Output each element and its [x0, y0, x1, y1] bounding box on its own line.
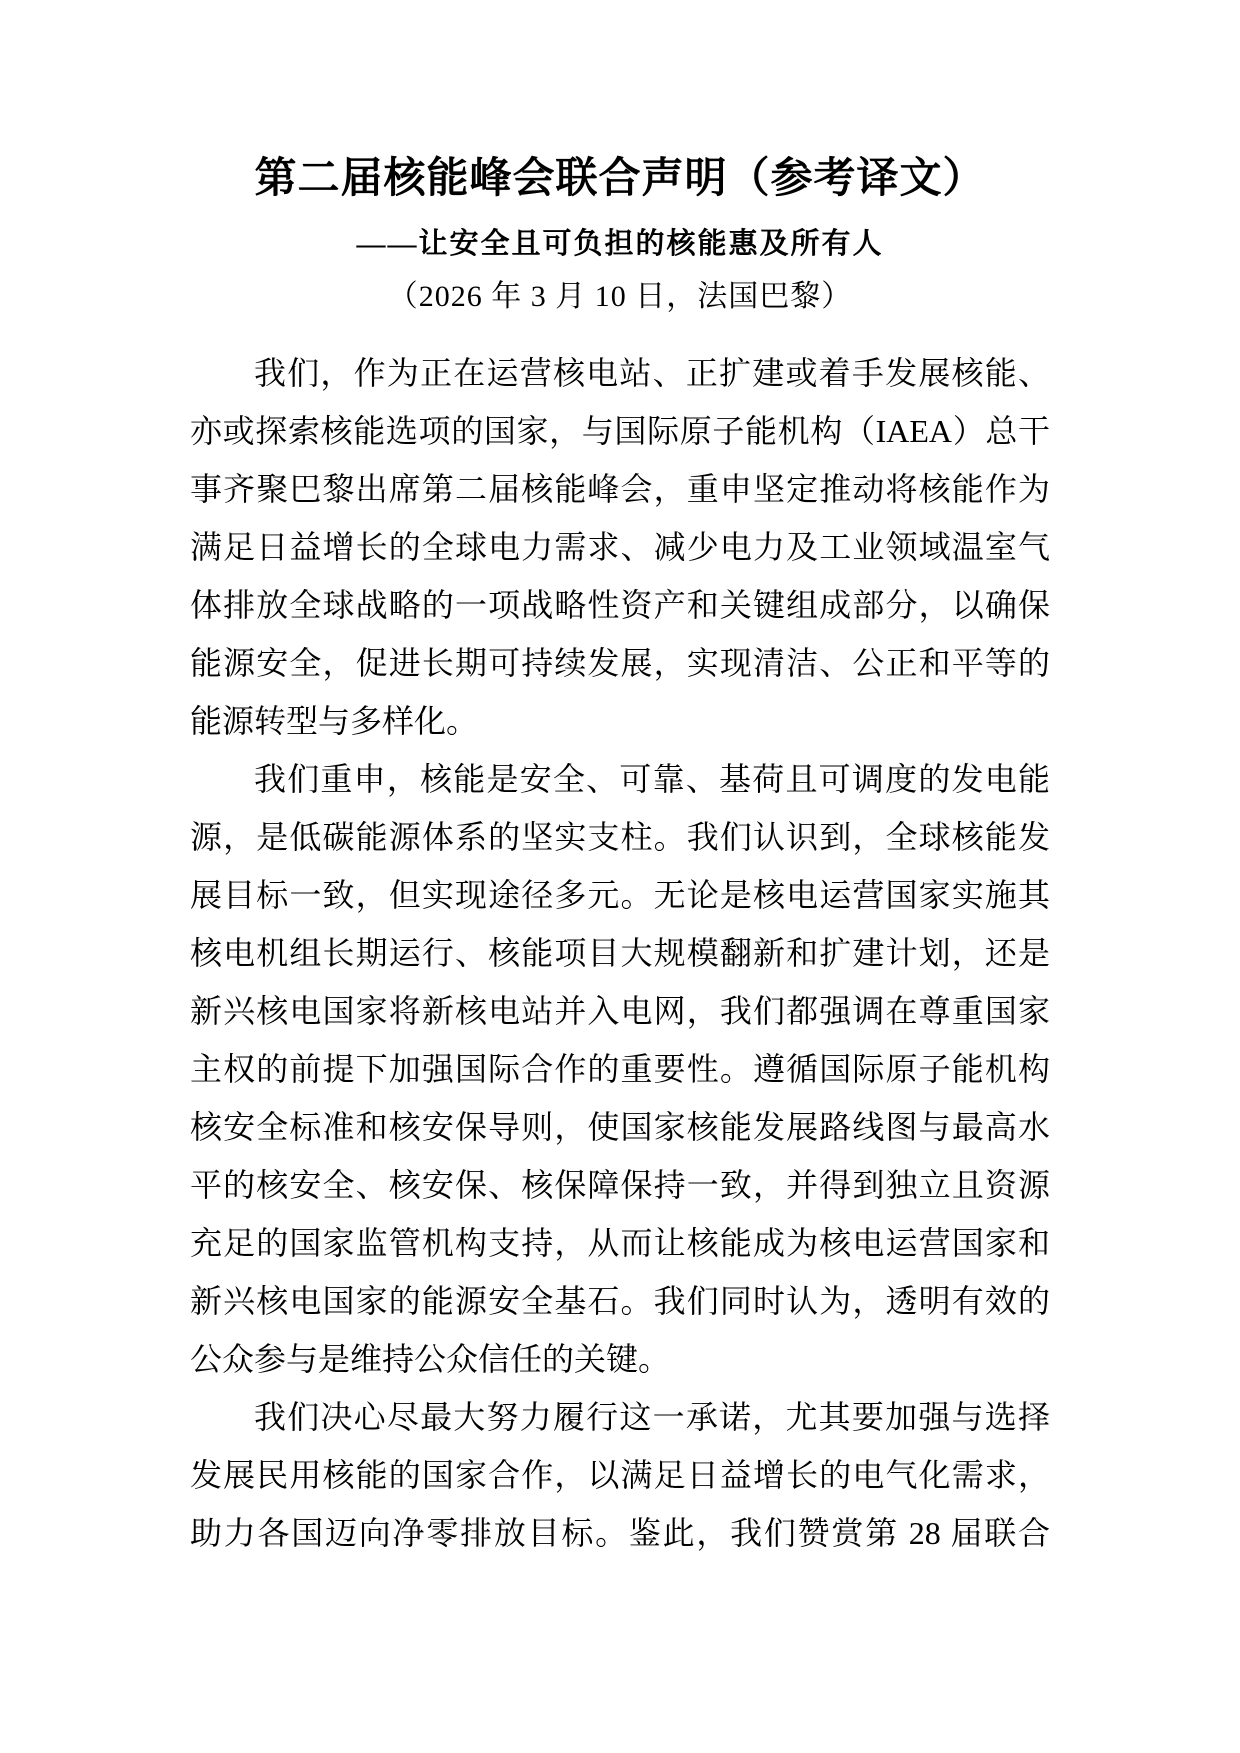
text-line: 充足的国家监管机构支持，从而让核能成为核电运营国家和: [190, 1214, 1050, 1272]
text-line: 亦或探索核能选项的国家，与国际原子能机构（IAEA）总干: [190, 402, 1050, 460]
text-line: 体排放全球战略的一项战略性资产和关键组成部分，以确保: [190, 576, 1050, 634]
text-line: 展目标一致，但实现途径多元。无论是核电运营国家实施其: [190, 866, 1050, 924]
text-line: 平的核安全、核安保、核保障保持一致，并得到独立且资源: [190, 1156, 1050, 1214]
document-content: 第二届核能峰会联合声明（参考译文） ——让安全且可负担的核能惠及所有人 （202…: [190, 0, 1050, 1562]
text-line: 核电机组长期运行、核能项目大规模翻新和扩建计划，还是: [190, 924, 1050, 982]
document-subtitle: ——让安全且可负担的核能惠及所有人: [190, 222, 1050, 266]
document-page: 第二届核能峰会联合声明（参考译文） ——让安全且可负担的核能惠及所有人 （202…: [0, 0, 1240, 1753]
text-line: 新兴核电国家将新核电站并入电网，我们都强调在尊重国家: [190, 982, 1050, 1040]
text-line: 核安全标准和核安保导则，使国家核能发展路线图与最高水: [190, 1098, 1050, 1156]
text-line: 能源安全，促进长期可持续发展，实现清洁、公正和平等的: [190, 634, 1050, 692]
text-line: 主权的前提下加强国际合作的重要性。遵循国际原子能机构: [190, 1040, 1050, 1098]
text-line: 源，是低碳能源体系的坚实支柱。我们认识到，全球核能发: [190, 808, 1050, 866]
paragraph: 我们重申，核能是安全、可靠、基荷且可调度的发电能源，是低碳能源体系的坚实支柱。我…: [190, 750, 1050, 1388]
text-line: 事齐聚巴黎出席第二届核能峰会，重申坚定推动将核能作为: [190, 460, 1050, 518]
text-line: 助力各国迈向净零排放目标。鉴此，我们赞赏第 28 届联合: [190, 1504, 1050, 1562]
text-line: 新兴核电国家的能源安全基石。我们同时认为，透明有效的: [190, 1272, 1050, 1330]
document-body: 我们，作为正在运营核电站、正扩建或着手发展核能、亦或探索核能选项的国家，与国际原…: [190, 344, 1050, 1562]
text-line: 公众参与是维持公众信任的关键。: [190, 1330, 1050, 1388]
text-line: 我们重申，核能是安全、可靠、基荷且可调度的发电能: [190, 750, 1050, 808]
text-line: 发展民用核能的国家合作，以满足日益增长的电气化需求，: [190, 1446, 1050, 1504]
paragraph: 我们，作为正在运营核电站、正扩建或着手发展核能、亦或探索核能选项的国家，与国际原…: [190, 344, 1050, 750]
paragraph: 我们决心尽最大努力履行这一承诺，尤其要加强与选择发展民用核能的国家合作，以满足日…: [190, 1388, 1050, 1562]
text-line: 我们决心尽最大努力履行这一承诺，尤其要加强与选择: [190, 1388, 1050, 1446]
document-dateline: （2026 年 3 月 10 日，法国巴黎）: [190, 274, 1050, 320]
text-line: 我们，作为正在运营核电站、正扩建或着手发展核能、: [190, 344, 1050, 402]
document-title: 第二届核能峰会联合声明（参考译文）: [190, 150, 1050, 208]
text-line: 满足日益增长的全球电力需求、减少电力及工业领域温室气: [190, 518, 1050, 576]
text-line: 能源转型与多样化。: [190, 692, 1050, 750]
